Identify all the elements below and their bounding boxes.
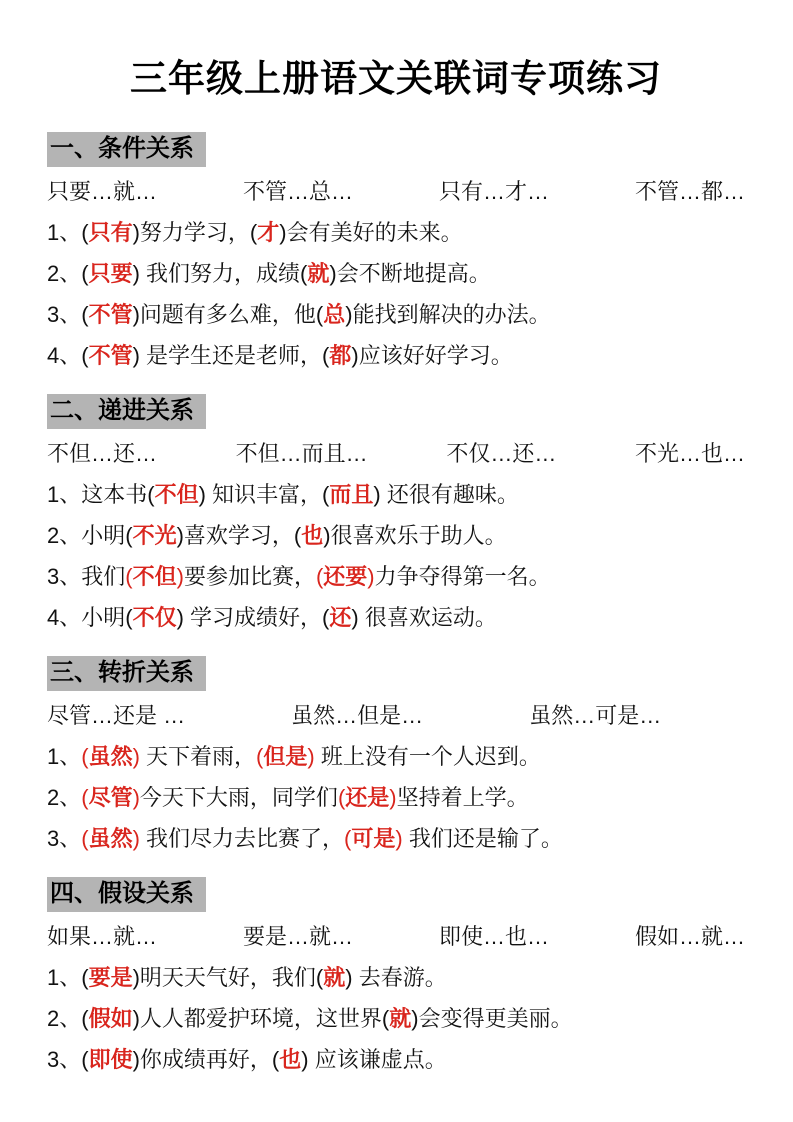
text-segment: ( <box>81 302 88 327</box>
conjunction-paren: ) <box>367 564 374 589</box>
exercise-item: 3、(虽然) 我们尽力去比赛了，(可是) 我们还是输了。 <box>47 818 745 859</box>
pattern-item: 不光…也… <box>635 433 745 474</box>
exercise-item: 3、(不管)问题有多么难，他(总)能找到解决的办法。 <box>47 294 745 335</box>
conjunction-word: 不管 <box>89 302 133 327</box>
text-segment: 我们尽力去比赛了， <box>140 826 344 851</box>
item-number: 2、 <box>47 261 81 286</box>
conjunction-word: 才 <box>257 220 279 245</box>
pattern-item: 不管…都… <box>635 171 745 212</box>
exercise-item: 2、(尽管)今天下大雨，同学们(还是)坚持着上学。 <box>47 777 745 818</box>
conjunction-word: 不但 <box>155 482 199 507</box>
text-segment: )你成绩再好，( <box>133 1047 280 1072</box>
conjunction-word: 但是 <box>263 744 307 769</box>
text-segment: )人人都爱护环境，这世界( <box>133 1006 390 1031</box>
item-number: 1、 <box>47 744 81 769</box>
exercise-item: 1、这本书(不但) 知识丰富，(而且) 还很有趣味。 <box>47 474 745 515</box>
sections-container: 一、条件关系只要…就…不管…总…只有…才…不管…都…1、(只有)努力学习，(才)… <box>47 126 745 1080</box>
exercise-item: 3、我们(不但)要参加比赛，(还要)力争夺得第一名。 <box>47 556 745 597</box>
exercise-item: 3、(即使)你成绩再好，(也) 应该谦虚点。 <box>47 1039 745 1080</box>
text-segment: ) 去春游。 <box>345 965 446 990</box>
conjunction-word: 不光 <box>133 523 177 548</box>
pattern-item: 不仅…还… <box>446 433 556 474</box>
exercise-item: 4、(不管) 是学生还是老师，(都)应该好好学习。 <box>47 335 745 376</box>
section-4: 四、假设关系如果…就…要是…就…即使…也…假如…就…1、(要是)明天天气好，我们… <box>47 871 745 1080</box>
conjunction-paren: ) <box>307 744 314 769</box>
conjunction-word: 不仅 <box>133 605 177 630</box>
conjunction-word: 就 <box>389 1006 411 1031</box>
item-number: 2、 <box>47 523 81 548</box>
section-heading: 一、条件关系 <box>47 132 206 167</box>
conjunction-word: 也 <box>301 523 323 548</box>
pattern-item: 只有…才… <box>439 171 549 212</box>
section-1: 一、条件关系只要…就…不管…总…只有…才…不管…都…1、(只有)努力学习，(才)… <box>47 126 745 376</box>
pattern-item: 不但…还… <box>47 433 157 474</box>
section-heading: 四、假设关系 <box>47 877 206 912</box>
text-segment: 坚持着上学。 <box>397 785 529 810</box>
pattern-list: 不但…还…不但…而且…不仅…还…不光…也… <box>47 433 745 474</box>
pattern-item: 虽然…可是… <box>529 695 661 736</box>
conjunction-word: 也 <box>279 1047 301 1072</box>
conjunction-word: 不但 <box>133 564 177 589</box>
conjunction-word: 都 <box>329 343 351 368</box>
text-segment: 班上没有一个人迟到。 <box>315 744 541 769</box>
conjunction-word: 总 <box>323 302 345 327</box>
exercise-item: 1、(只有)努力学习，(才)会有美好的未来。 <box>47 212 745 253</box>
text-segment: ) 很喜欢运动。 <box>351 605 496 630</box>
text-segment: )会不断地提高。 <box>329 261 490 286</box>
conjunction-word: 还要 <box>323 564 367 589</box>
text-segment: 今天下大雨，同学们 <box>140 785 338 810</box>
pattern-item: 即使…也… <box>439 916 549 957</box>
pattern-item: 只要…就… <box>47 171 157 212</box>
conjunction-word: 要是 <box>89 965 133 990</box>
text-segment: ) 学习成绩好，( <box>177 605 330 630</box>
conjunction-paren: ) <box>395 826 402 851</box>
pattern-item: 如果…就… <box>47 916 157 957</box>
conjunction-word: 就 <box>307 261 329 286</box>
section-heading: 二、递进关系 <box>47 394 206 429</box>
text-segment: )会变得更美丽。 <box>411 1006 572 1031</box>
pattern-item: 不但…而且… <box>236 433 368 474</box>
text-segment: )很喜欢乐于助人。 <box>323 523 506 548</box>
text-segment: 我们 <box>81 564 125 589</box>
text-segment: )喜欢学习，( <box>177 523 302 548</box>
item-number: 2、 <box>47 1006 81 1031</box>
conjunction-word: 虽然 <box>89 744 133 769</box>
text-segment: 力争夺得第一名。 <box>375 564 551 589</box>
conjunction-paren: ( <box>81 826 88 851</box>
conjunction-paren: ) <box>133 826 140 851</box>
text-segment: ) 知识丰富，( <box>199 482 330 507</box>
section-3: 三、转折关系尽管…还是 …虽然…但是…虽然…可是…1、(虽然) 天下着雨，(但是… <box>47 650 745 859</box>
conjunction-paren: ) <box>177 564 184 589</box>
conjunction-paren: ) <box>389 785 396 810</box>
exercise-item: 2、小明(不光)喜欢学习，(也)很喜欢乐于助人。 <box>47 515 745 556</box>
exercise-item: 2、(只要) 我们努力，成绩(就)会不断地提高。 <box>47 253 745 294</box>
pattern-item: 要是…就… <box>243 916 353 957</box>
conjunction-word: 只有 <box>89 220 133 245</box>
conjunction-word: 尽管 <box>89 785 133 810</box>
conjunction-word: 还是 <box>345 785 389 810</box>
pattern-item: 尽管…还是 … <box>47 695 185 736</box>
item-number: 1、 <box>47 965 81 990</box>
conjunction-paren: ) <box>133 744 140 769</box>
text-segment: 小明( <box>81 605 132 630</box>
text-segment: 要参加比赛， <box>184 564 316 589</box>
text-segment: )应该好好学习。 <box>351 343 512 368</box>
worksheet-page: 三年级上册语文关联词专项练习 一、条件关系只要…就…不管…总…只有…才…不管…都… <box>0 0 793 1122</box>
conjunction-paren: ( <box>125 564 132 589</box>
text-segment: )明天天气好，我们( <box>133 965 324 990</box>
item-number: 1、 <box>47 482 81 507</box>
text-segment: )能找到解决的办法。 <box>345 302 550 327</box>
conjunction-word: 即使 <box>89 1047 133 1072</box>
text-segment: ) 还很有趣味。 <box>373 482 518 507</box>
exercise-item: 1、(要是)明天天气好，我们(就) 去春游。 <box>47 957 745 998</box>
text-segment: 这本书( <box>81 482 154 507</box>
item-number: 3、 <box>47 826 81 851</box>
conjunction-word: 而且 <box>329 482 373 507</box>
section-heading: 三、转折关系 <box>47 656 206 691</box>
pattern-item: 假如…就… <box>635 916 745 957</box>
item-number: 3、 <box>47 1047 81 1072</box>
text-segment: ) 我们努力，成绩( <box>133 261 308 286</box>
pattern-item: 不管…总… <box>243 171 353 212</box>
item-number: 4、 <box>47 343 81 368</box>
text-segment: ) 应该谦虚点。 <box>301 1047 446 1072</box>
text-segment: ( <box>81 965 88 990</box>
pattern-list: 只要…就…不管…总…只有…才…不管…都… <box>47 171 745 212</box>
conjunction-word: 可是 <box>351 826 395 851</box>
conjunction-word: 不管 <box>89 343 133 368</box>
conjunction-paren: ( <box>81 744 88 769</box>
exercise-item: 4、小明(不仅) 学习成绩好，(还) 很喜欢运动。 <box>47 597 745 638</box>
text-segment: )会有美好的未来。 <box>279 220 462 245</box>
conjunction-word: 虽然 <box>89 826 133 851</box>
conjunction-word: 只要 <box>89 261 133 286</box>
text-segment: ) 是学生还是老师，( <box>133 343 330 368</box>
text-segment: ( <box>81 1047 88 1072</box>
section-2: 二、递进关系不但…还…不但…而且…不仅…还…不光…也…1、这本书(不但) 知识丰… <box>47 388 745 638</box>
exercise-item: 2、(假如)人人都爱护环境，这世界(就)会变得更美丽。 <box>47 998 745 1039</box>
text-segment: )问题有多么难，他( <box>133 302 324 327</box>
text-segment: ( <box>81 343 88 368</box>
item-number: 3、 <box>47 302 81 327</box>
conjunction-paren: ( <box>81 785 88 810</box>
conjunction-paren: ) <box>133 785 140 810</box>
text-segment: ( <box>81 261 88 286</box>
exercise-item: 1、(虽然) 天下着雨，(但是) 班上没有一个人迟到。 <box>47 736 745 777</box>
conjunction-word: 就 <box>323 965 345 990</box>
pattern-item: 虽然…但是… <box>291 695 423 736</box>
page-title: 三年级上册语文关联词专项练习 <box>47 48 745 102</box>
text-segment: 小明( <box>81 523 132 548</box>
item-number: 2、 <box>47 785 81 810</box>
conjunction-word: 假如 <box>89 1006 133 1031</box>
pattern-list: 如果…就…要是…就…即使…也…假如…就… <box>47 916 745 957</box>
text-segment: 天下着雨， <box>140 744 256 769</box>
text-segment: 我们还是输了。 <box>403 826 563 851</box>
text-segment: ( <box>81 1006 88 1031</box>
text-segment: ( <box>81 220 88 245</box>
item-number: 3、 <box>47 564 81 589</box>
text-segment: )努力学习，( <box>133 220 258 245</box>
pattern-list: 尽管…还是 …虽然…但是…虽然…可是… <box>47 695 661 736</box>
item-number: 4、 <box>47 605 81 630</box>
item-number: 1、 <box>47 220 81 245</box>
conjunction-word: 还 <box>329 605 351 630</box>
